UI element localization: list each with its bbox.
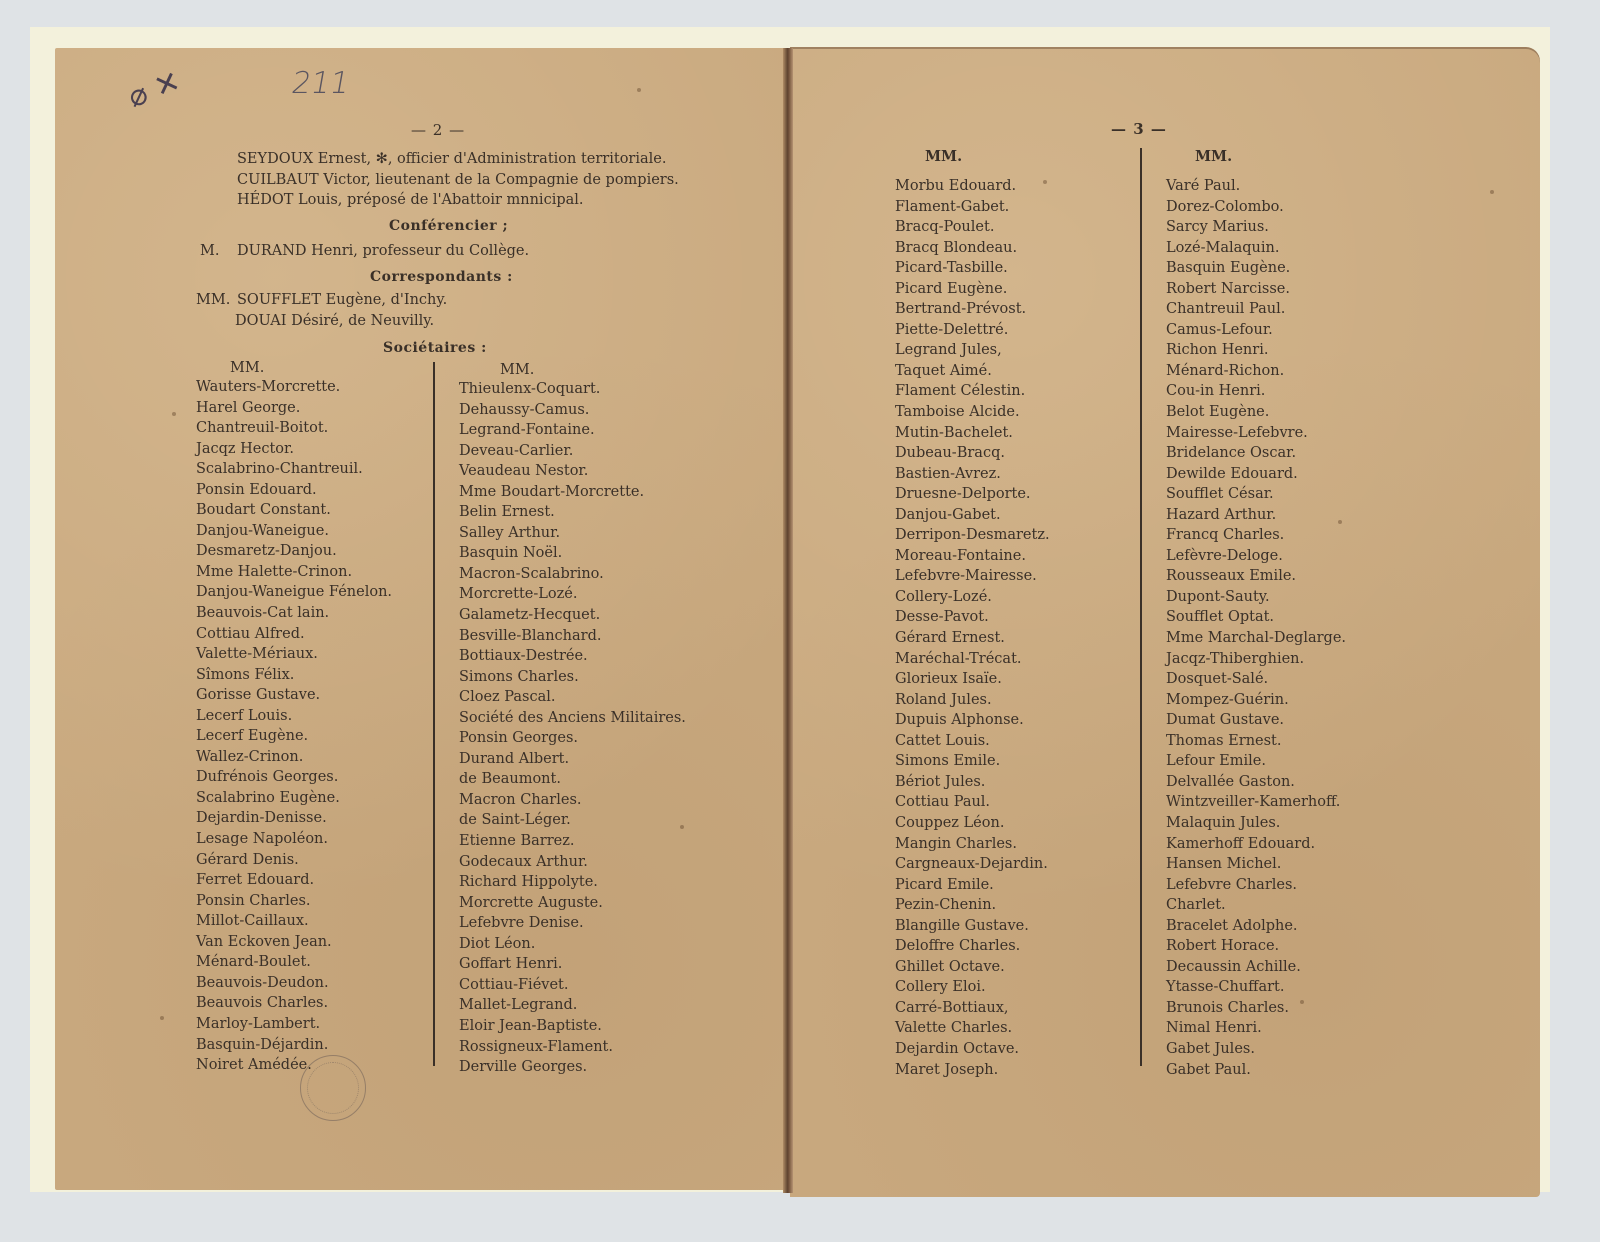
conferencier-prefix: M. bbox=[200, 241, 219, 261]
foxing-spot bbox=[1300, 1000, 1304, 1004]
conferencier-entry: DURAND Henri, professeur du Collège. bbox=[237, 241, 529, 261]
handwritten-catalog-number: 211 bbox=[289, 66, 352, 101]
member-name: Mallet-Legrand. bbox=[459, 995, 686, 1016]
member-name: Bastien-Avrez. bbox=[895, 464, 1050, 485]
member-name: Lecerf Eugène. bbox=[196, 726, 392, 747]
member-name: Malaquin Jules. bbox=[1166, 813, 1346, 834]
member-name: Durand Albert. bbox=[459, 749, 686, 770]
member-name: Flament-Gabet. bbox=[895, 197, 1050, 218]
member-name: Cloez Pascal. bbox=[459, 687, 686, 708]
member-name: Scalabrino Eugène. bbox=[196, 788, 392, 809]
member-name: Lecerf Louis. bbox=[196, 706, 392, 727]
member-name: Danjou-Waneigue Fénelon. bbox=[196, 582, 392, 603]
member-name: Mme Boudart-Morcrette. bbox=[459, 482, 686, 503]
member-name: Galametz-Hecquet. bbox=[459, 605, 686, 626]
officer-entry: CUILBAUT Victor, lieutenant de la Compag… bbox=[237, 170, 679, 190]
member-name: Dubeau-Bracq. bbox=[895, 443, 1050, 464]
member-name: Mairesse-Lefebvre. bbox=[1166, 423, 1346, 444]
members-column-1: Morbu Edouard.Flament-Gabet.Bracq-Poulet… bbox=[895, 176, 1050, 1080]
member-name: Thomas Ernest. bbox=[1166, 731, 1346, 752]
correspondants-prefix: MM. bbox=[196, 290, 230, 310]
member-name: Maret Joseph. bbox=[895, 1060, 1050, 1081]
officer-entry: SEYDOUX Ernest, ✻, officier d'Administra… bbox=[237, 149, 666, 169]
member-name: Blangille Gustave. bbox=[895, 916, 1050, 937]
member-name: Dumat Gustave. bbox=[1166, 710, 1346, 731]
foxing-spot bbox=[172, 412, 176, 416]
member-name: Deveau-Carlier. bbox=[459, 441, 686, 462]
member-name: Cou-in Henri. bbox=[1166, 381, 1346, 402]
member-name: Dejardin Octave. bbox=[895, 1039, 1050, 1060]
member-name: Thieulenx-Coquart. bbox=[459, 379, 686, 400]
member-name: Lefèvre-Deloge. bbox=[1166, 546, 1346, 567]
member-name: Valette Charles. bbox=[895, 1018, 1050, 1039]
page-number-left: — 2 — bbox=[411, 121, 465, 139]
foxing-spot bbox=[1338, 520, 1342, 524]
member-name: Danjou-Waneigue. bbox=[196, 521, 392, 542]
member-name: Ghillet Octave. bbox=[895, 957, 1050, 978]
member-name: Wallez-Crinon. bbox=[196, 747, 392, 768]
member-name: Cottiau Paul. bbox=[895, 792, 1050, 813]
member-name: Bériot Jules. bbox=[895, 772, 1050, 793]
member-name: Moreau-Fontaine. bbox=[895, 546, 1050, 567]
member-name: Danjou-Gabet. bbox=[895, 505, 1050, 526]
member-name: Van Eckoven Jean. bbox=[196, 932, 392, 953]
foxing-spot bbox=[1043, 180, 1047, 184]
foxing-spot bbox=[680, 825, 684, 829]
member-name: Legrand-Fontaine. bbox=[459, 420, 686, 441]
member-name: Belin Ernest. bbox=[459, 502, 686, 523]
member-name: Ponsin Edouard. bbox=[196, 480, 392, 501]
member-name: Delvallée Gaston. bbox=[1166, 772, 1346, 793]
member-name: Salley Arthur. bbox=[459, 523, 686, 544]
member-name: Wintzveiller-Kamerhoff. bbox=[1166, 792, 1346, 813]
member-name: Richon Henri. bbox=[1166, 340, 1346, 361]
member-name: Eloir Jean-Baptiste. bbox=[459, 1016, 686, 1037]
member-name: Lozé-Malaquin. bbox=[1166, 238, 1346, 259]
member-name: Charlet. bbox=[1166, 895, 1346, 916]
column-header-mm: MM. bbox=[500, 362, 534, 378]
member-name: Simons Charles. bbox=[459, 667, 686, 688]
member-name: Beauvois Charles. bbox=[196, 993, 392, 1014]
officer-entry: HÉDOT Louis, préposé de l'Abattoir mnnic… bbox=[237, 190, 584, 210]
member-name: Bracelet Adolphe. bbox=[1166, 916, 1346, 937]
member-name: Pezin-Chenin. bbox=[895, 895, 1050, 916]
member-name: Mangin Charles. bbox=[895, 834, 1050, 855]
member-name: Lefebvre Denise. bbox=[459, 913, 686, 934]
member-name: Diot Léon. bbox=[459, 934, 686, 955]
member-name: Cottiau Alfred. bbox=[196, 624, 392, 645]
member-name: Veaudeau Nestor. bbox=[459, 461, 686, 482]
member-name: Collery Eloi. bbox=[895, 977, 1050, 998]
section-heading-correspondants: Correspondants : bbox=[370, 269, 513, 285]
page-number-right: — 3 — bbox=[1111, 120, 1167, 138]
member-name: Gabet Paul. bbox=[1166, 1060, 1346, 1081]
member-name: Harel George. bbox=[196, 398, 392, 419]
member-name: Roland Jules. bbox=[895, 690, 1050, 711]
member-name: Soufflet César. bbox=[1166, 484, 1346, 505]
member-name: Dupont-Sauty. bbox=[1166, 587, 1346, 608]
member-name: Beauvois-Deudon. bbox=[196, 973, 392, 994]
member-name: Soufflet Optat. bbox=[1166, 607, 1346, 628]
member-name: Marloy-Lambert. bbox=[196, 1014, 392, 1035]
member-name: Godecaux Arthur. bbox=[459, 852, 686, 873]
member-name: Bracq-Poulet. bbox=[895, 217, 1050, 238]
member-name: Desmaretz-Danjou. bbox=[196, 541, 392, 562]
member-name: Basquin Eugène. bbox=[1166, 258, 1346, 279]
member-name: Jacqz-Thiberghien. bbox=[1166, 649, 1346, 670]
member-name: Couppez Léon. bbox=[895, 813, 1050, 834]
member-name: Gérard Ernest. bbox=[895, 628, 1050, 649]
member-name: Druesne-Delporte. bbox=[895, 484, 1050, 505]
member-name: de Beaumont. bbox=[459, 769, 686, 790]
member-name: Camus-Lefour. bbox=[1166, 320, 1346, 341]
member-name: Goffart Henri. bbox=[459, 954, 686, 975]
societaires-column-1: Wauters-Morcrette.Harel George.Chantreui… bbox=[196, 377, 392, 1076]
member-name: Collery-Lozé. bbox=[895, 587, 1050, 608]
member-name: Beauvois-Cat lain. bbox=[196, 603, 392, 624]
member-name: Belot Eugène. bbox=[1166, 402, 1346, 423]
member-name: Dufrénois Georges. bbox=[196, 767, 392, 788]
member-name: Picard Eugène. bbox=[895, 279, 1050, 300]
correspondant-entry: SOUFFLET Eugène, d'Inchy. bbox=[237, 290, 447, 310]
member-name: Bertrand-Prévost. bbox=[895, 299, 1050, 320]
member-name: Macron-Scalabrino. bbox=[459, 564, 686, 585]
member-name: Simons Emile. bbox=[895, 751, 1050, 772]
member-name: Decaussin Achille. bbox=[1166, 957, 1346, 978]
member-name: Hazard Arthur. bbox=[1166, 505, 1346, 526]
member-name: Lefebvre-Mairesse. bbox=[895, 566, 1050, 587]
member-name: Sarcy Marius. bbox=[1166, 217, 1346, 238]
member-name: Brunois Charles. bbox=[1166, 998, 1346, 1019]
member-name: Millot-Caillaux. bbox=[196, 911, 392, 932]
member-name: Ménard-Richon. bbox=[1166, 361, 1346, 382]
column-header-mm: MM. bbox=[230, 360, 264, 376]
member-name: Desse-Pavot. bbox=[895, 607, 1050, 628]
foxing-spot bbox=[637, 88, 641, 92]
member-name: Carré-Bottiaux, bbox=[895, 998, 1050, 1019]
foxing-spot bbox=[1490, 190, 1494, 194]
member-name: Rossigneux-Flament. bbox=[459, 1037, 686, 1058]
member-name: Robert Horace. bbox=[1166, 936, 1346, 957]
section-heading-societaires: Sociétaires : bbox=[383, 340, 487, 356]
column-divider-rule bbox=[433, 362, 435, 1066]
member-name: Valette-Mériaux. bbox=[196, 644, 392, 665]
member-name: Cattet Louis. bbox=[895, 731, 1050, 752]
member-name: Derripon-Desmaretz. bbox=[895, 525, 1050, 546]
member-name: Morcrette Auguste. bbox=[459, 893, 686, 914]
member-name: Richard Hippolyte. bbox=[459, 872, 686, 893]
member-name: Sîmons Félix. bbox=[196, 665, 392, 686]
member-name: Picard-Tasbille. bbox=[895, 258, 1050, 279]
member-name: Morcrette-Lozé. bbox=[459, 584, 686, 605]
member-name: Kamerhoff Edouard. bbox=[1166, 834, 1346, 855]
member-name: Morbu Edouard. bbox=[895, 176, 1050, 197]
member-name: Ponsin Charles. bbox=[196, 891, 392, 912]
member-name: de Saint-Léger. bbox=[459, 810, 686, 831]
member-name: Tamboise Alcide. bbox=[895, 402, 1050, 423]
member-name: Nimal Henri. bbox=[1166, 1018, 1346, 1039]
member-name: Basquin-Déjardin. bbox=[196, 1035, 392, 1056]
member-name: Robert Narcisse. bbox=[1166, 279, 1346, 300]
member-name: Mutin-Bachelet. bbox=[895, 423, 1050, 444]
member-name: Bridelance Oscar. bbox=[1166, 443, 1346, 464]
member-name: Lefebvre Charles. bbox=[1166, 875, 1346, 896]
column-header-mm: MM. bbox=[925, 148, 962, 165]
member-name: Picard Emile. bbox=[895, 875, 1050, 896]
member-name: Maréchal-Trécat. bbox=[895, 649, 1050, 670]
member-name: Dehaussy-Camus. bbox=[459, 400, 686, 421]
book-spine bbox=[783, 48, 793, 1193]
member-name: Basquin Noël. bbox=[459, 543, 686, 564]
member-name: Cottiau-Fiévet. bbox=[459, 975, 686, 996]
member-name: Taquet Aimé. bbox=[895, 361, 1050, 382]
member-name: Mompez-Guérin. bbox=[1166, 690, 1346, 711]
member-name: Glorieux Isaïe. bbox=[895, 669, 1050, 690]
member-name: Chantreuil Paul. bbox=[1166, 299, 1346, 320]
member-name: Flament Célestin. bbox=[895, 381, 1050, 402]
member-name: Piette-Delettré. bbox=[895, 320, 1050, 341]
member-name: Société des Anciens Militaires. bbox=[459, 708, 686, 729]
member-name: Dejardin-Denisse. bbox=[196, 808, 392, 829]
member-name: Hansen Michel. bbox=[1166, 854, 1346, 875]
member-name: Etienne Barrez. bbox=[459, 831, 686, 852]
column-header-mm: MM. bbox=[1195, 148, 1232, 165]
member-name: Gorisse Gustave. bbox=[196, 685, 392, 706]
member-name: Deloffre Charles. bbox=[895, 936, 1050, 957]
member-name: Ménard-Boulet. bbox=[196, 952, 392, 973]
member-name: Dosquet-Salé. bbox=[1166, 669, 1346, 690]
member-name: Legrand Jules, bbox=[895, 340, 1050, 361]
member-name: Ponsin Georges. bbox=[459, 728, 686, 749]
societaires-column-2: Thieulenx-Coquart.Dehaussy-Camus.Legrand… bbox=[459, 379, 686, 1078]
member-name: Lefour Emile. bbox=[1166, 751, 1346, 772]
foxing-spot bbox=[160, 1016, 164, 1020]
member-name: Macron Charles. bbox=[459, 790, 686, 811]
member-name: Dupuis Alphonse. bbox=[895, 710, 1050, 731]
member-name: Ferret Edouard. bbox=[196, 870, 392, 891]
member-name: Gabet Jules. bbox=[1166, 1039, 1346, 1060]
member-name: Wauters-Morcrette. bbox=[196, 377, 392, 398]
member-name: Mme Marchal-Deglarge. bbox=[1166, 628, 1346, 649]
member-name: Ytasse-Chuffart. bbox=[1166, 977, 1346, 998]
member-name: Bracq Blondeau. bbox=[895, 238, 1050, 259]
member-name: Gérard Denis. bbox=[196, 850, 392, 871]
member-name: Varé Paul. bbox=[1166, 176, 1346, 197]
library-ink-stamp bbox=[300, 1055, 366, 1121]
member-name: Dorez-Colombo. bbox=[1166, 197, 1346, 218]
correspondant-entry: DOUAI Désiré, de Neuvilly. bbox=[235, 311, 434, 331]
column-divider-rule bbox=[1140, 148, 1142, 1066]
member-name: Jacqz Hector. bbox=[196, 439, 392, 460]
member-name: Mme Halette-Crinon. bbox=[196, 562, 392, 583]
member-name: Dewilde Edouard. bbox=[1166, 464, 1346, 485]
member-name: Besville-Blanchard. bbox=[459, 626, 686, 647]
member-name: Scalabrino-Chantreuil. bbox=[196, 459, 392, 480]
member-name: Rousseaux Emile. bbox=[1166, 566, 1346, 587]
member-name: Chantreuil-Boitot. bbox=[196, 418, 392, 439]
member-name: Francq Charles. bbox=[1166, 525, 1346, 546]
member-name: Cargneaux-Dejardin. bbox=[895, 854, 1050, 875]
section-heading-conferencier: Conférencier ; bbox=[389, 218, 508, 234]
member-name: Derville Georges. bbox=[459, 1057, 686, 1078]
members-column-2: Varé Paul.Dorez-Colombo.Sarcy Marius.Loz… bbox=[1166, 176, 1346, 1080]
member-name: Lesage Napoléon. bbox=[196, 829, 392, 850]
member-name: Bottiaux-Destrée. bbox=[459, 646, 686, 667]
member-name: Boudart Constant. bbox=[196, 500, 392, 521]
